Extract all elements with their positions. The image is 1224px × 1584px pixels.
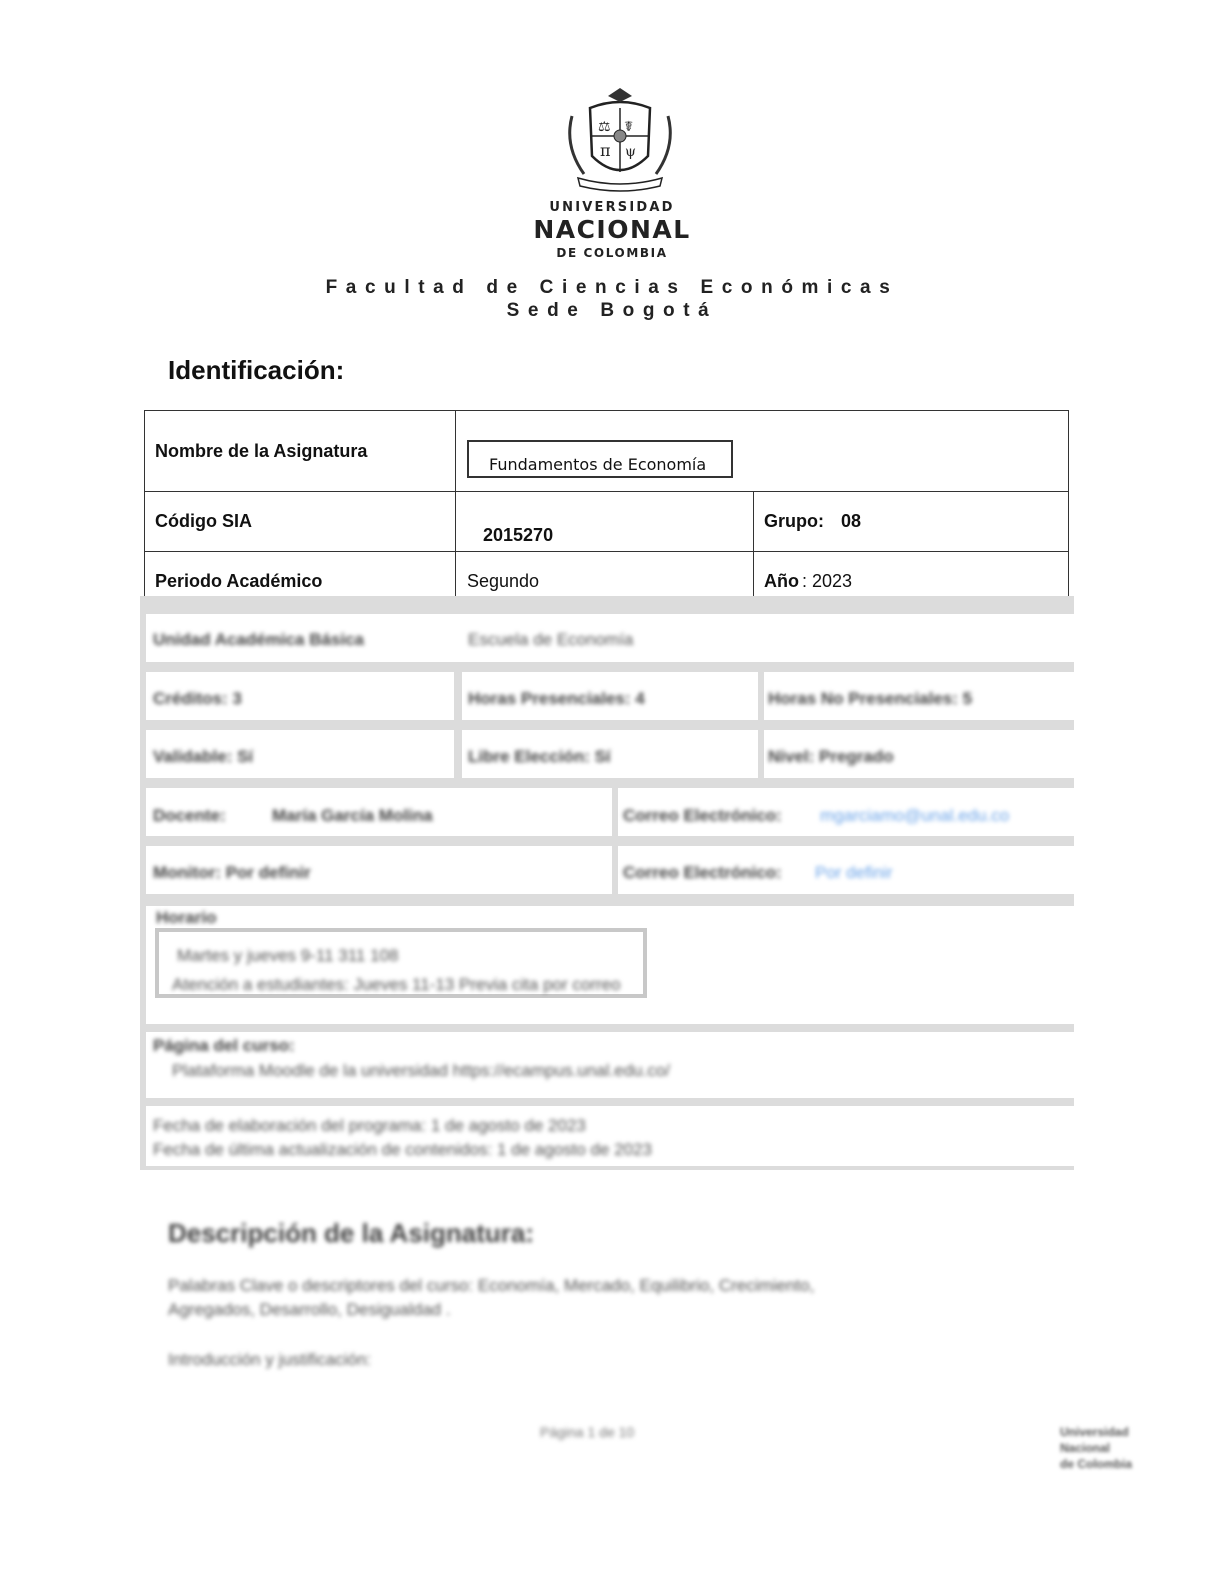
schedule-line2: Atención a estudiantes: Jueves 11-13 Pre… [172, 975, 621, 995]
non-in-person-hours: Horas No Presenciales: 5 [768, 689, 972, 709]
university-name-line1: UNIVERSIDAD [0, 200, 1224, 215]
level: Nivel: Pregrado [768, 747, 894, 767]
academic-unit-label: Unidad Académica Básica [153, 630, 364, 650]
year-value: : 2023 [802, 571, 852, 592]
free-elective: Libre Elección: Sí [468, 747, 611, 767]
period-label: Periodo Académico [155, 571, 322, 592]
group-label: Grupo: [764, 511, 824, 532]
schedule-line1: Martes y jueves 9-11 311 108 [177, 946, 398, 966]
monitor-label: Monitor: Por definir [153, 863, 311, 883]
course-name-field: Fundamentos de Economía [467, 440, 733, 478]
created-date: Fecha de elaboración del programa: 1 de … [153, 1116, 586, 1136]
redacted-region [140, 596, 1074, 1170]
footer-logo-line2: Nacional [1060, 1440, 1132, 1456]
academic-unit-value: Escuela de Economía [468, 630, 633, 650]
university-crest-icon: ⚖ ☤ π ψ [560, 86, 680, 194]
group-value: 08 [841, 511, 861, 532]
code-label: Código SIA [155, 511, 252, 532]
identification-title: Identificación: [168, 355, 344, 386]
validable: Validable: Sí [153, 747, 253, 767]
course-page-value[interactable]: Plataforma Moodle de la universidad http… [172, 1061, 670, 1081]
svg-text:⚖: ⚖ [598, 119, 611, 135]
in-person-hours: Horas Presenciales: 4 [468, 689, 645, 709]
footer-logo-line3: de Colombia [1060, 1456, 1132, 1472]
footer-logo-line1: Universidad [1060, 1424, 1132, 1440]
teacher-email-link[interactable]: mgarciamo@unal.edu.co [820, 806, 1009, 826]
faculty-name: Facultad de Ciencias Económicas [0, 277, 1224, 299]
keywords-line2: Agregados, Desarrollo, Desigualdad . [168, 1300, 451, 1320]
credits: Créditos: 3 [153, 689, 242, 709]
description-title: Descripción de la Asignatura: [168, 1218, 534, 1249]
teacher-email-label: Correo Electrónico: [623, 806, 782, 826]
university-name-line2: NACIONAL [0, 215, 1224, 244]
schedule-label: Horario [156, 908, 216, 928]
svg-text:ψ: ψ [625, 144, 636, 160]
course-name-label: Nombre de la Asignatura [155, 441, 367, 462]
intro-heading: Introducción y justificación: [168, 1350, 371, 1370]
period-value: Segundo [467, 571, 539, 592]
university-name-line3: DE COLOMBIA [0, 246, 1224, 260]
year-label: Año [764, 571, 799, 592]
teacher-name: María García Molina [272, 806, 433, 826]
course-page-label: Página del curso: [153, 1036, 295, 1056]
page-number: Página 1 de 10 [540, 1424, 634, 1440]
teacher-label: Docente: [153, 806, 226, 826]
updated-date: Fecha de última actualización de conteni… [153, 1140, 652, 1160]
svg-text:π: π [600, 141, 611, 160]
campus-name: Sede Bogotá [0, 300, 1224, 322]
monitor-email-label: Correo Electrónico: [623, 863, 782, 883]
monitor-email-link[interactable]: Por definir [815, 863, 892, 883]
code-value: 2015270 [483, 525, 553, 546]
keywords-line1: Palabras Clave o descriptores del curso:… [168, 1276, 814, 1296]
footer-logo: Universidad Nacional de Colombia [1060, 1424, 1132, 1472]
